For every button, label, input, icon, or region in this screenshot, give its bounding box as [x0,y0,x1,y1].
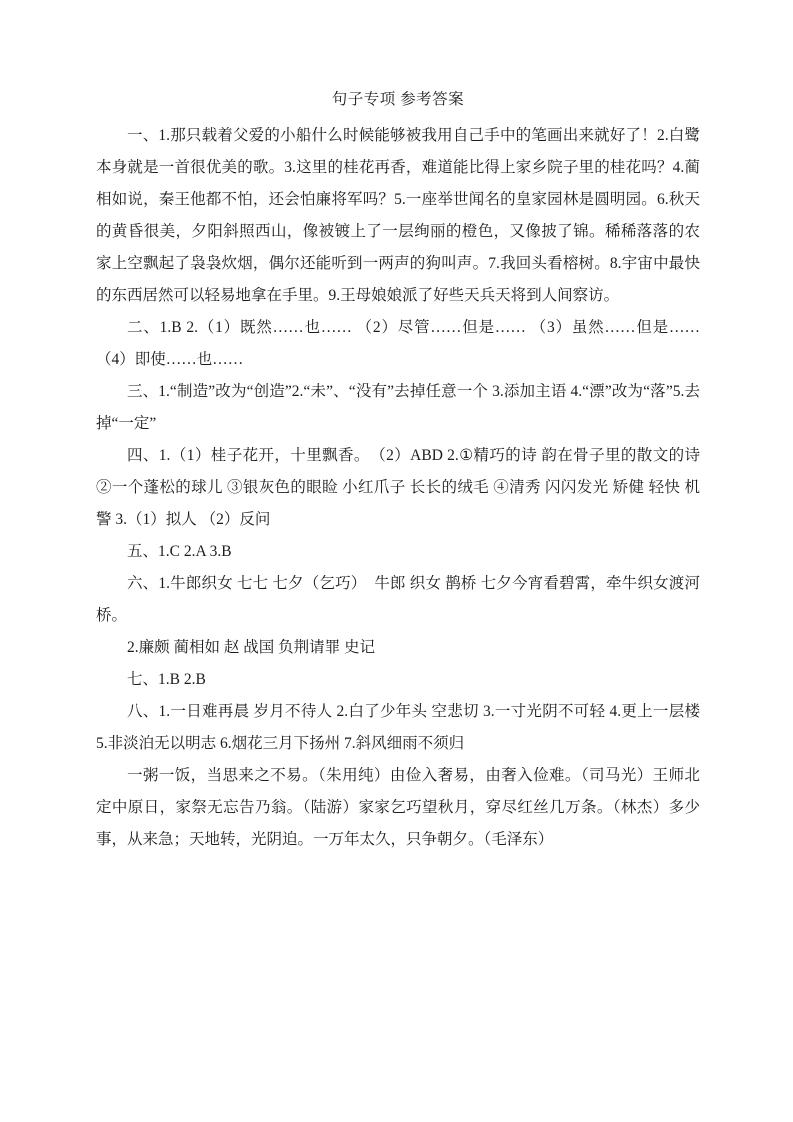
answer-paragraph: 一、1.那只载着父爱的小船什么时候能够被我用自己手中的笔画出来就好了！2.白鹭本… [96,120,700,312]
answer-paragraph: 二、1.B 2.（1）既然……也…… （2）尽管……但是…… （3）虽然……但是… [96,312,700,376]
answer-paragraph: 七、1.B 2.B [96,664,700,696]
answer-paragraph: 八、1.一日难再晨 岁月不待人 2.白了少年头 空悲切 3.一寸光阴不可轻 4.… [96,696,700,760]
answer-paragraph: 六、1.牛郎织女 七七 七夕（乞巧） 牛郎 织女 鹊桥 七夕今宵看碧霄，牵牛织女… [96,568,700,632]
document-page: 句子专项 参考答案 一、1.那只载着父爱的小船什么时候能够被我用自己手中的笔画出… [0,0,793,1122]
answer-paragraph: 三、1.“制造”改为“创造”2.“未”、“没有”去掉任意一个 3.添加主语 4.… [96,376,700,440]
answer-paragraph: 四、1.（1）桂子花开，十里飘香。 （2）ABD 2.①精巧的诗 韵在骨子里的散… [96,440,700,536]
answer-paragraphs: 一、1.那只载着父爱的小船什么时候能够被我用自己手中的笔画出来就好了！2.白鹭本… [96,120,700,856]
answer-paragraph: 五、1.C 2.A 3.B [96,536,700,568]
answer-paragraph: 2.廉颇 蔺相如 赵 战国 负荆请罪 史记 [96,632,700,664]
answer-paragraph: 一粥一饭，当思来之不易。（朱用纯）由俭入奢易，由奢入俭难。（司马光）王师北定中原… [96,760,700,856]
page-title: 句子专项 参考答案 [96,84,700,116]
